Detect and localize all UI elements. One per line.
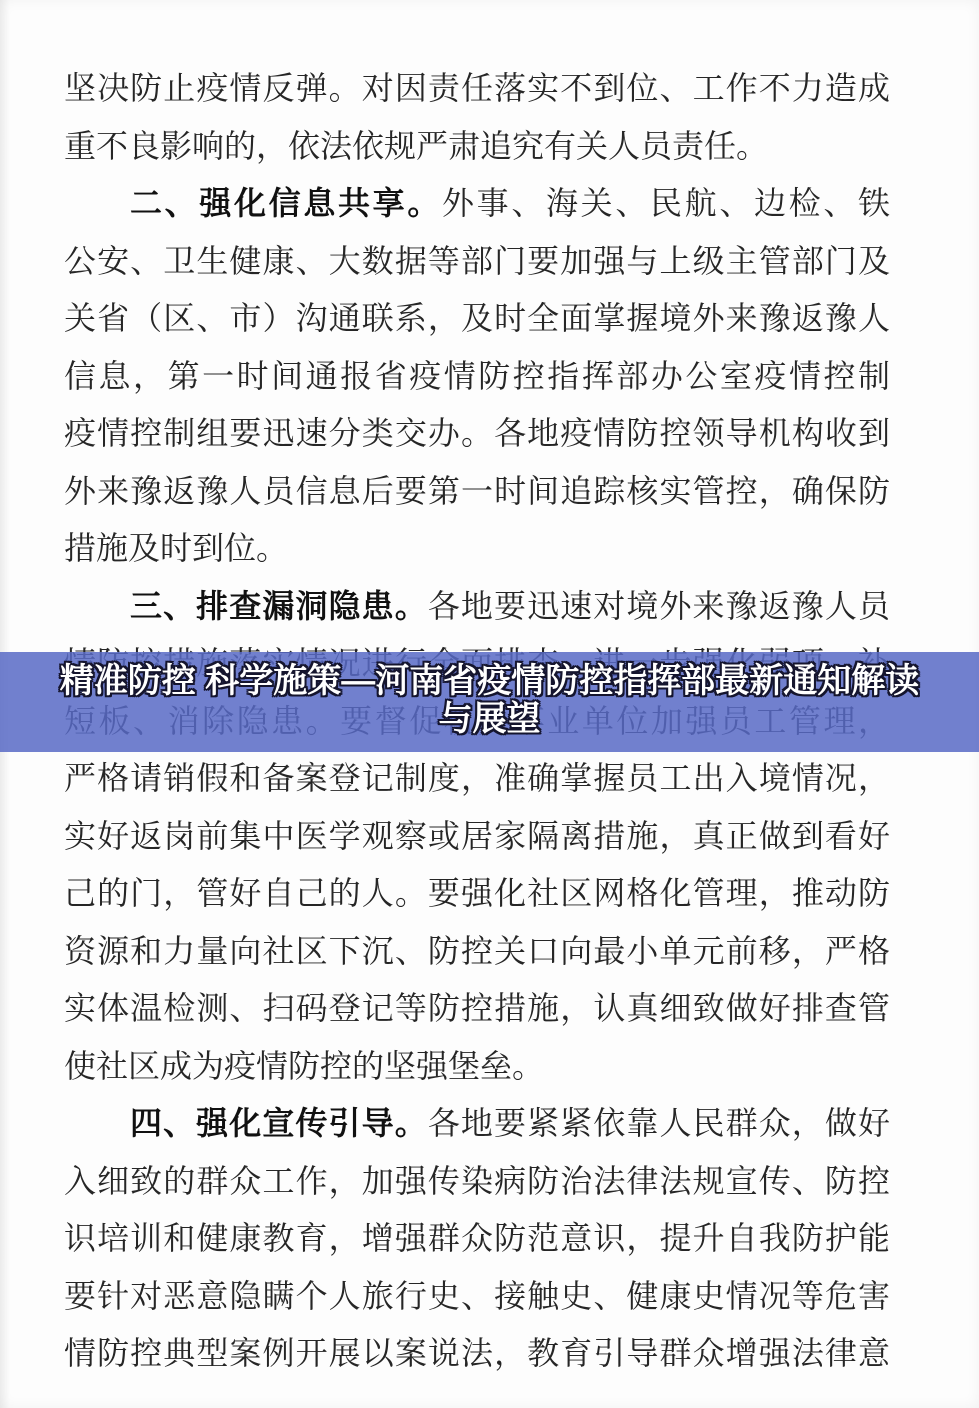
document-line: 二、强化信息共享。外事、海关、民航、边检、铁路、 (64, 175, 890, 233)
document-line: 疫情控制组要迅速分类交办。各地疫情防控领导机构收到境 (64, 405, 890, 463)
document-line: 信息，第一时间通报省疫情防控指挥部办公室疫情控制组， (64, 348, 890, 406)
article-title-line2: 与展望 (439, 700, 541, 738)
document-line: 严格请销假和备案登记制度，准确掌握员工出入境情况，落 (64, 750, 890, 808)
document-page: 坚决防止疫情反弹。对因责任落实不到位、工作不力造成严重不良影响的，依法依规严肃追… (0, 0, 979, 1408)
section-heading: 二、强化信息共享。 (130, 185, 442, 221)
section-heading: 四、强化宣传引导。 (130, 1105, 428, 1141)
document-line: 重不良影响的，依法依规严肃追究有关人员责任。 (64, 118, 890, 176)
document-line: 关省（区、市）沟通联系，及时全面掌握境外来豫返豫人员 (64, 290, 890, 348)
document-line: 外来豫返豫人员信息后要第一时间追踪核实管控，确保防控 (64, 463, 890, 521)
document-line: 要针对恶意隐瞒个人旅行史、接触史、健康史情况等危害疫 (64, 1268, 890, 1326)
document-line: 四、强化宣传引导。各地要紧紧依靠人民群众，做好深 (64, 1095, 890, 1153)
article-title-line1: 精准防控 科学施策—河南省疫情防控指挥部最新通知解读 (60, 662, 919, 700)
section-heading: 三、排查漏洞隐患。 (130, 588, 428, 624)
document-line: 识培训和健康教育，增强群众防范意识，提升自我防护能力。 (64, 1210, 890, 1268)
document-line: 三、排查漏洞隐患。各地要迅速对境外来豫返豫人员疫 (64, 578, 890, 636)
document-line: 实体温检测、扫码登记等防控措施，认真细致做好排查管理， (64, 980, 890, 1038)
document-line: 入细致的群众工作，加强传染病防治法律法规宣传、防控知 (64, 1153, 890, 1211)
document-line: 实好返岗前集中医学观察或居家隔离措施，真正做到看好自 (64, 808, 890, 866)
document-line: 公安、卫生健康、大数据等部门要加强与上级主管部门及有 (64, 233, 890, 291)
document-line: 己的门，管好自己的人。要强化社区网格化管理，推动防控 (64, 865, 890, 923)
article-title: 精准防控 科学施策—河南省疫情防控指挥部最新通知解读 与展望 (0, 662, 979, 738)
title-overlay-band: 精准防控 科学施策—河南省疫情防控指挥部最新通知解读 与展望 (0, 652, 979, 752)
document-line: 使社区成为疫情防控的坚强堡垒。 (64, 1038, 890, 1096)
document-line: 措施及时到位。 (64, 520, 890, 578)
document-line: 坚决防止疫情反弹。对因责任落实不到位、工作不力造成严 (64, 60, 890, 118)
document-line: 情防控典型案例开展以案说法，教育引导群众增强法律意 (64, 1325, 890, 1383)
document-line: 资源和力量向社区下沉、防控关口向最小单元前移，严格落 (64, 923, 890, 981)
